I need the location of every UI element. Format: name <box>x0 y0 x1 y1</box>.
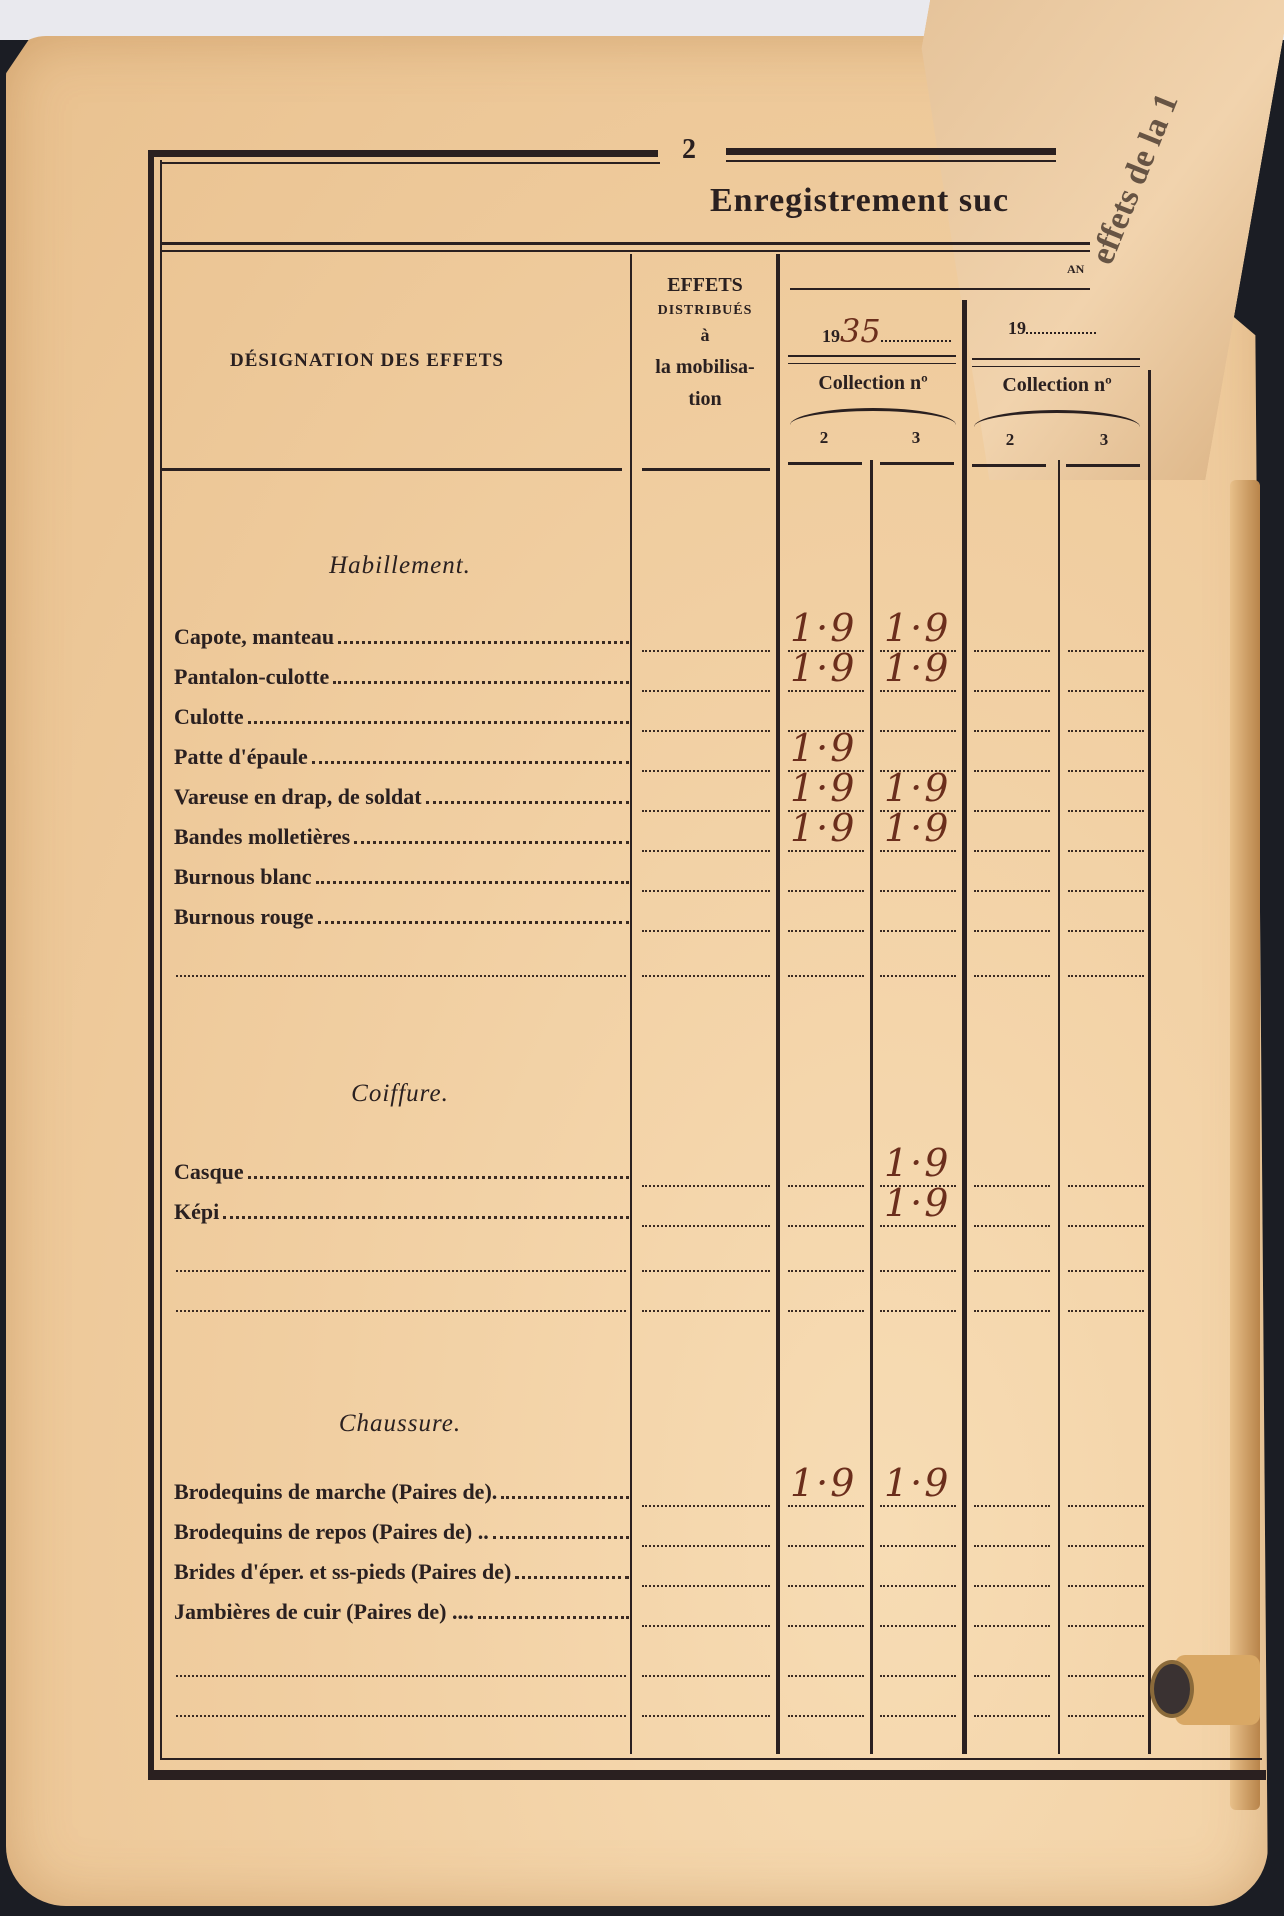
cell-entry-line[interactable] <box>642 890 770 892</box>
cell-entry-line[interactable] <box>642 810 770 812</box>
item-row-label: Burnous blanc <box>174 864 629 890</box>
dot-leader <box>478 1599 629 1619</box>
cell-entry-line[interactable] <box>880 1715 956 1717</box>
cell-entry-line[interactable] <box>642 1715 770 1717</box>
dot-leader <box>493 1519 629 1539</box>
header-effets-line1: EFFETS <box>640 272 770 298</box>
cell-entry-line[interactable] <box>1068 810 1144 812</box>
cell-entry-line[interactable] <box>880 850 956 852</box>
column-divider <box>776 254 780 1754</box>
cell-entry-line[interactable] <box>788 850 864 852</box>
cell-entry-line[interactable] <box>642 1270 770 1272</box>
cell-entry-line[interactable] <box>1068 1545 1144 1547</box>
item-row-label: Culotte <box>174 704 629 730</box>
cell-entry-line[interactable] <box>974 890 1050 892</box>
cell-entry-line[interactable] <box>1068 1310 1144 1312</box>
cell-entry-line[interactable] <box>880 1625 956 1627</box>
column-divider <box>1148 370 1151 1754</box>
cell-entry-line[interactable] <box>788 930 864 932</box>
handwritten-entry: 1·9 <box>790 726 856 770</box>
item-row-label: Képi <box>174 1199 629 1225</box>
cell-entry-line[interactable] <box>1068 1270 1144 1272</box>
dot-leader <box>248 1159 629 1179</box>
subcol-2: 2 <box>970 430 1050 450</box>
column-divider <box>1058 460 1060 1754</box>
cell-entry-line[interactable] <box>974 730 1050 732</box>
handwritten-entry: 1·9 <box>790 1461 856 1505</box>
cell-entry-line[interactable] <box>880 1545 956 1547</box>
cell-entry-line[interactable] <box>974 810 1050 812</box>
cell-entry-line[interactable] <box>974 1625 1050 1627</box>
cell-entry-line[interactable] <box>1068 1585 1144 1587</box>
item-label: Képi <box>174 1199 219 1225</box>
cell-entry-line[interactable] <box>642 1310 770 1312</box>
section-1: Coiffure. <box>160 1080 640 1108</box>
subcol-underline <box>972 464 1046 467</box>
item-row-label: Brides d'éper. et ss-pieds (Paires de) <box>174 1559 629 1585</box>
header-effets-distribues: EFFETS DISTRIBUÉS à la mobilisa- tion <box>640 272 770 412</box>
year-prefix: 19 <box>1008 318 1026 338</box>
cell-entry-line[interactable] <box>974 1270 1050 1272</box>
year-1935: 1935 <box>822 312 951 350</box>
header-rule <box>160 242 1090 245</box>
cell-entry-line[interactable] <box>1068 1675 1144 1677</box>
blank-row-leader <box>176 1310 626 1312</box>
cell-entry-line[interactable] <box>974 1715 1050 1717</box>
cell-entry-line[interactable] <box>974 850 1050 852</box>
dot-leader <box>318 904 629 924</box>
cell-entry-line[interactable] <box>880 1585 956 1587</box>
handwritten-year: 35 <box>840 312 881 350</box>
item-row-label: Vareuse en drap, de soldat <box>174 784 629 810</box>
cell-entry-line[interactable] <box>1068 930 1144 932</box>
collection-label: Collection nº <box>788 372 958 395</box>
cell-entry-line[interactable] <box>880 890 956 892</box>
item-row-label: Bandes molletières <box>174 824 629 850</box>
item-label: Culotte <box>174 704 244 730</box>
year-separator <box>788 363 956 364</box>
header-effets-line2: DISTRIBUÉS <box>640 302 770 320</box>
subcol-3: 3 <box>876 428 956 448</box>
item-row-label: Brodequins de marche (Paires de). <box>174 1479 629 1505</box>
dot-leader <box>354 824 629 844</box>
subcol-underline <box>1066 464 1140 467</box>
cell-entry-line[interactable] <box>880 1270 956 1272</box>
cell-entry-line[interactable] <box>788 1675 864 1677</box>
item-label: Brides d'éper. et ss-pieds (Paires de) <box>174 1559 511 1585</box>
header-underline <box>642 468 770 471</box>
cell-entry-line[interactable] <box>974 650 1050 652</box>
cell-entry-line[interactable] <box>788 1585 864 1587</box>
cell-entry-line[interactable] <box>788 1545 864 1547</box>
cell-entry-line[interactable] <box>974 690 1050 692</box>
blank-row-leader <box>176 1270 626 1272</box>
year-header-label: AN <box>1067 262 1084 277</box>
item-row-label: Pantalon-culotte <box>174 664 629 690</box>
section-habillement: Habillement. <box>160 552 640 580</box>
cell-entry-line[interactable] <box>1068 890 1144 892</box>
cell-entry-line[interactable] <box>880 690 956 692</box>
year-separator <box>972 358 1140 360</box>
cell-entry-line[interactable] <box>1068 850 1144 852</box>
blank-row-leader <box>176 1715 626 1717</box>
dot-leader <box>333 664 629 684</box>
cell-entry-line[interactable] <box>788 1270 864 1272</box>
cell-entry-line[interactable] <box>974 930 1050 932</box>
handwritten-entry: 1·9 <box>884 1141 950 1185</box>
cell-entry-line[interactable] <box>642 650 770 652</box>
cell-entry-line[interactable] <box>880 1505 956 1507</box>
item-label: Brodequins de repos (Paires de) .. <box>174 1519 489 1545</box>
handwritten-entry: 1·9 <box>790 646 856 690</box>
handwritten-entry: 1·9 <box>790 606 856 650</box>
dot-leader <box>248 704 629 724</box>
item-label: Jambières de cuir (Paires de) .... <box>174 1599 474 1625</box>
dot-leader <box>515 1559 629 1579</box>
header-rule <box>160 250 1090 252</box>
cell-entry-line[interactable] <box>974 1585 1050 1587</box>
header-effets-line4: la mobilisa- <box>640 354 770 380</box>
item-row-label: Burnous rouge <box>174 904 629 930</box>
item-row-label: Capote, manteau <box>174 624 629 650</box>
cell-entry-line[interactable] <box>974 1225 1050 1227</box>
cell-entry-line[interactable] <box>788 1185 864 1187</box>
item-label: Capote, manteau <box>174 624 334 650</box>
item-label: Burnous blanc <box>174 864 312 890</box>
cell-entry-line[interactable] <box>1068 1185 1144 1187</box>
cell-entry-line[interactable] <box>642 770 770 772</box>
subcol-underline <box>788 462 862 465</box>
cell-entry-line[interactable] <box>642 930 770 932</box>
cell-entry-line[interactable] <box>974 1505 1050 1507</box>
header-effets-line5: tion <box>640 386 770 412</box>
cell-entry-line[interactable] <box>880 975 956 977</box>
column-divider <box>962 300 967 1754</box>
item-label: Patte d'épaule <box>174 744 308 770</box>
year-separator <box>972 366 1140 367</box>
item-row-label: Jambières de cuir (Paires de) .... <box>174 1599 629 1625</box>
cell-entry-line[interactable] <box>1068 1505 1144 1507</box>
cell-entry-line[interactable] <box>974 1310 1050 1312</box>
cell-entry-line[interactable] <box>974 1675 1050 1677</box>
cell-entry-line[interactable] <box>642 1225 770 1227</box>
cell-entry-line[interactable] <box>642 850 770 852</box>
item-row-label: Brodequins de repos (Paires de) .. <box>174 1519 629 1545</box>
subcol-underline <box>880 462 954 465</box>
cell-entry-line[interactable] <box>788 890 864 892</box>
handwritten-entry: 1·9 <box>790 766 856 810</box>
cell-entry-line[interactable] <box>642 1185 770 1187</box>
cell-entry-line[interactable] <box>1068 1715 1144 1717</box>
item-label: Burnous rouge <box>174 904 314 930</box>
column-divider <box>630 254 632 1754</box>
item-label: Casque <box>174 1159 244 1185</box>
handwritten-entry: 1·9 <box>884 1181 950 1225</box>
year-separator <box>788 355 956 357</box>
year-rule <box>790 288 1090 290</box>
cell-entry-line[interactable] <box>974 1185 1050 1187</box>
cell-entry-line[interactable] <box>788 1310 864 1312</box>
cell-entry-line[interactable] <box>880 930 956 932</box>
cell-entry-line[interactable] <box>788 1715 864 1717</box>
cell-entry-line[interactable] <box>1068 1225 1144 1227</box>
subcol-2: 2 <box>784 428 864 448</box>
cell-entry-line[interactable] <box>788 1505 864 1507</box>
cell-entry-line[interactable] <box>880 730 956 732</box>
handwritten-entry: 1·9 <box>790 806 856 850</box>
collection-label: Collection nº <box>972 374 1142 397</box>
year-blank: 19 <box>1008 318 1096 339</box>
cell-entry-line[interactable] <box>1068 650 1144 652</box>
cell-entry-line[interactable] <box>1068 770 1144 772</box>
dot-leader <box>501 1479 629 1499</box>
cell-entry-line[interactable] <box>974 1545 1050 1547</box>
item-label: Vareuse en drap, de soldat <box>174 784 422 810</box>
blank-row-leader <box>176 1675 626 1677</box>
cell-entry-line[interactable] <box>1068 975 1144 977</box>
item-label: Pantalon-culotte <box>174 664 329 690</box>
cell-entry-line[interactable] <box>788 1225 864 1227</box>
cell-entry-line[interactable] <box>642 690 770 692</box>
year-prefix: 19 <box>822 326 840 346</box>
header-underline <box>160 468 622 471</box>
cell-entry-line[interactable] <box>642 730 770 732</box>
dot-leader <box>316 864 629 884</box>
blank-row-leader <box>176 975 626 977</box>
dot-leader <box>426 784 629 804</box>
cell-entry-line[interactable] <box>642 1505 770 1507</box>
cell-entry-line[interactable] <box>788 1625 864 1627</box>
item-label: Bandes molletières <box>174 824 350 850</box>
cell-entry-line[interactable] <box>1068 730 1144 732</box>
cell-entry-line[interactable] <box>642 975 770 977</box>
dot-leader <box>223 1199 629 1219</box>
handwritten-entry: 1·9 <box>884 606 950 650</box>
page-title: Enregistrement suc <box>710 182 1040 220</box>
cell-entry-line[interactable] <box>880 1310 956 1312</box>
handwritten-entry: 1·9 <box>884 646 950 690</box>
cell-entry-line[interactable] <box>1068 690 1144 692</box>
cell-entry-line[interactable] <box>642 1675 770 1677</box>
header-designation: DÉSIGNATION DES EFFETS <box>230 350 504 372</box>
handwritten-entry: 1·9 <box>884 1461 950 1505</box>
cell-entry-line[interactable] <box>642 1625 770 1627</box>
cell-entry-line[interactable] <box>788 975 864 977</box>
item-label: Brodequins de marche (Paires de). <box>174 1479 497 1505</box>
item-row-label: Patte d'épaule <box>174 744 629 770</box>
header-effets-line3: à <box>640 324 770 347</box>
handwritten-entry: 1·9 <box>884 766 950 810</box>
binder-hole <box>1150 1660 1194 1718</box>
column-divider <box>870 460 873 1754</box>
cell-entry-line[interactable] <box>880 1225 956 1227</box>
dot-leader <box>312 744 629 764</box>
subcol-3: 3 <box>1064 430 1144 450</box>
dot-leader <box>338 624 629 644</box>
handwritten-entry: 1·9 <box>884 806 950 850</box>
cell-entry-line[interactable] <box>974 975 1050 977</box>
cell-entry-line[interactable] <box>788 690 864 692</box>
section-2: Chaussure. <box>160 1410 640 1438</box>
cell-entry-line[interactable] <box>880 1675 956 1677</box>
cell-entry-line[interactable] <box>642 1545 770 1547</box>
cell-entry-line[interactable] <box>974 770 1050 772</box>
item-row-label: Casque <box>174 1159 629 1185</box>
cell-entry-line[interactable] <box>1068 1625 1144 1627</box>
cell-entry-line[interactable] <box>642 1585 770 1587</box>
